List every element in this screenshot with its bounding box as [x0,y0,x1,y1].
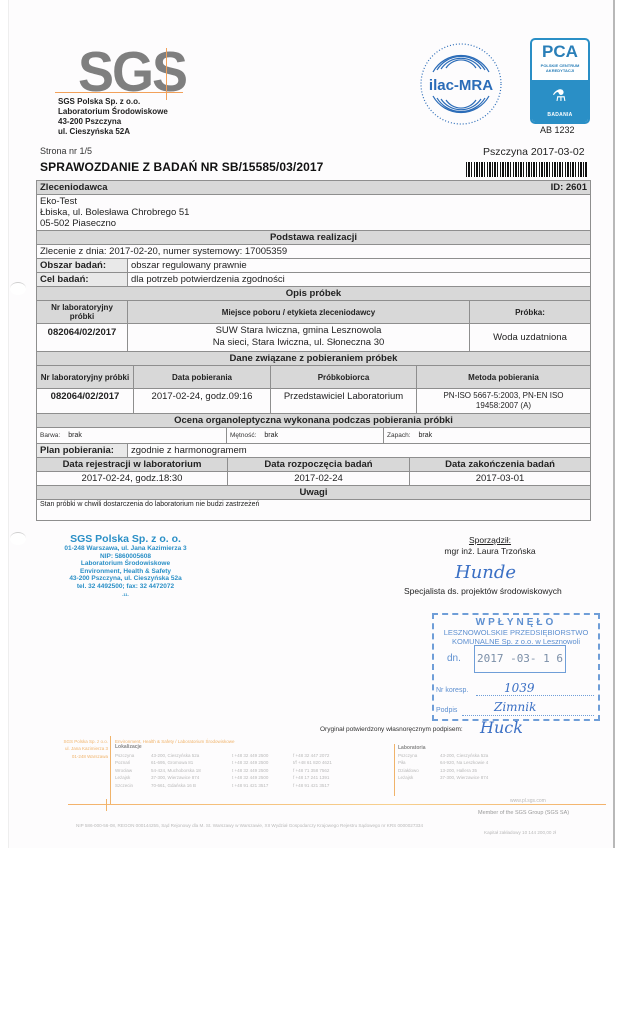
area-label: Obszar badań: [37,259,128,272]
client-postal: 05-502 Piaseczno [40,218,587,229]
page-number: Strona nr 1/5 [40,146,92,156]
logo-divider [55,92,183,93]
section-basis: Podstawa realizacji [37,231,590,244]
flask-icon: ⚗ [552,86,566,106]
sampling-row: 082064/02/2017 2017-02-24, godz.09:16 Pr… [37,389,590,414]
section-remarks: Uwagi [37,486,590,499]
registry-info: NIP 586-000-56-08, REGON 000144255, Sąd … [76,822,423,829]
registration-date: 2017-02-24, godz.18:30 [37,472,228,485]
original-note: Oryginał potwierdzony własnoręcznym podp… [320,726,463,733]
end-date: 2017-03-01 [410,472,590,485]
odor-value: brak [419,432,433,439]
prepared-by: Sporządził: mgr inż. Laura Trzońska [390,535,590,557]
correspondence-number: 1039 [504,681,535,695]
author-role: Specjalista ds. projektów środowiskowych [404,586,562,596]
client-address: Łbiska, ul. Bolesława Chrobrego 51 [40,207,587,218]
svg-text:ilac-MRA: ilac-MRA [429,77,493,94]
original-signature: Huck [480,718,523,737]
goal-label: Cel badań: [37,273,128,286]
locations-label: Lokalizacje [115,744,142,751]
goal-value: dla potrzeb potwierdzenia zgodności [128,273,590,286]
footer-company: SGS Polska Sp. z o.o. ul. Jana Kazimierz… [62,738,108,760]
location-row: Szczecin70-661, Gdańska 16 Bt +48 91 421… [115,782,349,789]
received-stamp: WPŁYNĘŁO LESZNOWOLSKIE PRZEDSIĘBIORSTWO … [432,613,600,721]
accreditation-number: AB 1232 [540,125,575,135]
ilac-mra-logo: ilac-MRA [419,42,503,126]
report-table: Zleceniodawca ID: 2601 Eko-Test Łbiska, … [36,180,591,521]
dates-row: 2017-02-24, godz.18:30 2017-02-24 2017-0… [37,472,590,486]
labs-list: Pszczyna43-200, Cieszyńska 52aPiła64-920… [398,752,516,782]
lab-row: Leżajsk37-300, Wierzawice 874 [398,774,516,781]
lab-row: Piła64-920, Na Leszkowie 4 [398,759,516,766]
lab-row: Działdowo13-200, Hallera 35 [398,767,516,774]
section-sample-description: Opis próbek [37,287,590,300]
client-name: Eko-Test [40,196,587,207]
company-address: SGS Polska Sp. z o.o. Laboratorium Środo… [58,97,168,137]
lab-row: Pszczyna43-200, Cieszyńska 52a [398,752,516,759]
client-header-row: Zleceniodawca ID: 2601 [37,181,590,195]
sample-row: 082064/02/2017 SUW Stara Iwiczna, gmina … [37,324,590,352]
share-capital: Kapitał zakładowy 10 144 200,00 zł [484,829,556,836]
punch-hole [10,282,26,295]
logo-divider [166,48,167,100]
sgs-logo: SGS [78,49,186,95]
barcode [466,162,588,177]
received-date: 2017 -03- 1 6 [474,645,566,673]
location-row: Poznań61-695, Gromowa 81t +48 32 449 250… [115,759,349,766]
order-info: Zlecenie z dnia: 2017-02-20, numer syste… [37,245,590,258]
locations-list: Pszczyna43-200, Cieszyńska 52at +48 32 4… [115,752,349,789]
turbidity-value: brak [264,432,278,439]
area-value: obszar regulowany prawnie [128,259,590,272]
plan-value: zgodnie z harmonogramem [128,444,590,457]
color-value: brak [68,432,82,439]
handwritten-signature: Hunde [455,562,516,583]
report-title: SPRAWOZDANIE Z BADAŃ NR SB/15585/03/2017 [40,160,323,174]
place-date: Pszczyna 2017-03-02 [483,146,585,158]
client-info: Eko-Test Łbiska, ul. Bolesława Chrobrego… [37,195,590,231]
section-organoleptic: Ocena organoleptyczna wykonana podczas p… [37,414,590,427]
section-sampling-data: Dane związane z pobieraniem próbek [37,352,590,365]
punch-hole [10,532,26,545]
location-row: Wrocław54-424, Muchoborska 18t +48 32 44… [115,767,349,774]
plan-label: Plan pobierania: [37,444,128,457]
stamp-signature: Zimnik [494,700,536,714]
location-row: Pszczyna43-200, Cieszyńska 52at +48 32 4… [115,752,349,759]
sgs-stamp: SGS Polska Sp. z o. o. 01-248 Warszawa, … [48,533,203,598]
pca-logo: PCA POLSKIE CENTRUM AKREDYTACJI ⚗ BADANI… [530,38,590,124]
organoleptic-row: Barwa:brak Mętność:brak Zapach:brak [37,428,590,444]
location-row: Leżajsk37-300, Wierzawice 874t +48 32 44… [115,774,349,781]
author-name: mgr inż. Laura Trzońska [390,546,590,557]
group-membership: Member of the SGS Group (SGS SA) [478,810,569,817]
remarks-text: Stan próbki w chwili dostarczenia do lab… [37,500,590,520]
start-date: 2017-02-24 [228,472,410,485]
client-id: ID: 2601 [551,182,587,193]
